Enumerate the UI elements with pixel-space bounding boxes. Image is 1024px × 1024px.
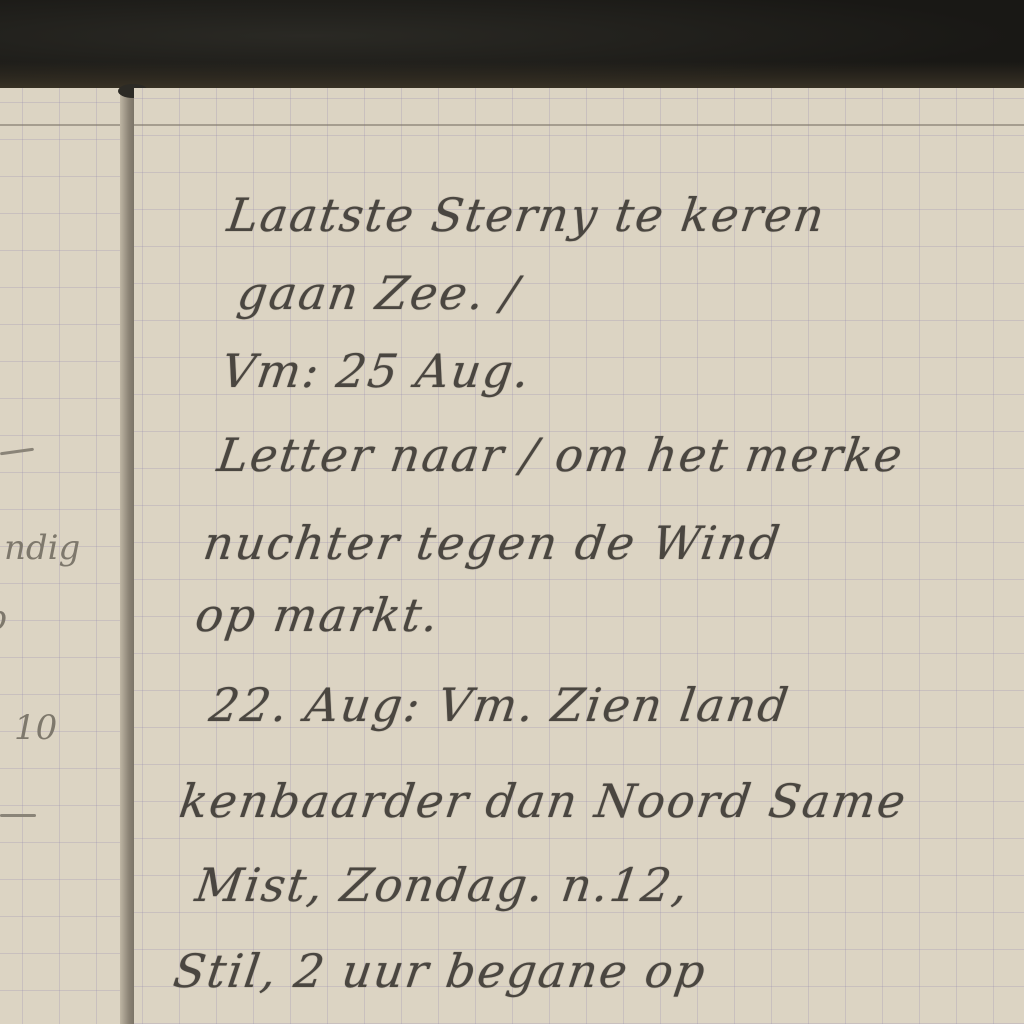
handwritten-line-1: Laatste Sterny te keren (224, 188, 829, 242)
handwritten-line-8: kenbaarder dan Noord Same (176, 774, 910, 828)
page-top-rule (134, 124, 1024, 126)
handwritten-line-7: 22. Aug: Vm. Zien land (206, 678, 793, 732)
handwritten-line-9: Mist, Zondag. n.12, (192, 858, 693, 912)
handwritten-line-4: Letter naar / om het merke (214, 428, 907, 482)
left-page: ndig b 10 (0, 88, 128, 1024)
handwritten-line-2: gaan Zee. / (234, 266, 523, 320)
background-edge (0, 62, 1024, 90)
margin-stroke-2 (0, 814, 36, 817)
page-top-rule (0, 124, 128, 126)
margin-fragment-ndig: ndig (4, 528, 80, 568)
margin-fragment-10: 10 (14, 708, 57, 748)
handwritten-line-6: op markt. (192, 588, 443, 642)
margin-stroke-1 (0, 448, 34, 456)
handwritten-line-5: nuchter tegen de Wind (200, 516, 785, 570)
margin-fragment-b: b (0, 598, 8, 638)
handwritten-line-10: Stil, 2 uur begane op (170, 944, 710, 998)
right-page: Laatste Sterny te keren gaan Zee. / Vm: … (134, 88, 1024, 1024)
handwritten-line-3: Vm: 25 Aug. (218, 344, 535, 398)
